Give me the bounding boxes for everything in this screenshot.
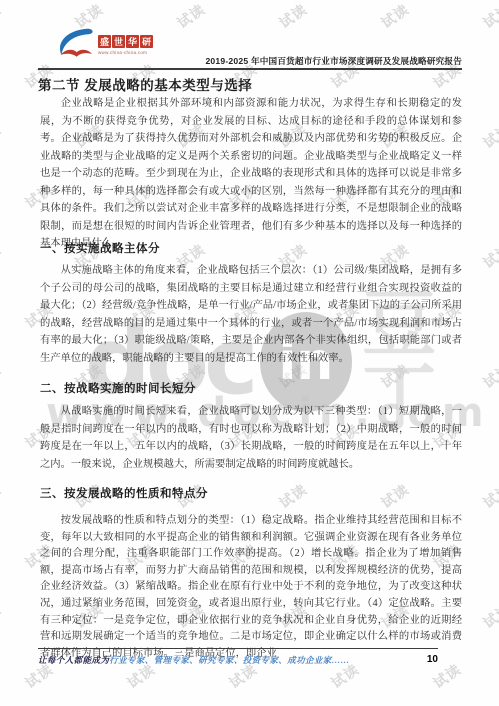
logo-url-text: www.china-china.com xyxy=(98,50,153,55)
footer-slogan: 让每个人都能成为行业专家、管理专家、研究专家、投资专家、成功企业家…… xyxy=(38,654,350,666)
company-logo: 盛 世 华 研 www.china-china.com xyxy=(54,27,153,63)
page-content: 盛 世 华 研 www.china-china.com 2019-2025 年中… xyxy=(0,0,499,706)
brand-char: 盛 xyxy=(98,35,111,48)
footer-divider xyxy=(38,648,438,649)
footer-slogan-links: 行业专家、管理专家、研究专家、投资专家、成功企业家…… xyxy=(109,655,349,665)
logo-swoosh-book-icon xyxy=(54,27,94,63)
subsection-heading-3: 三、按发展战略的性质和特点分 xyxy=(40,485,208,501)
header-divider xyxy=(38,68,462,70)
subsection-heading-2: 二、按战略实施的时间长短分 xyxy=(40,380,196,396)
report-page: 试读试读试读试读试读试读试读试读试读试读试读试读试读试读试读试读试读试读试读试读… xyxy=(0,0,499,706)
section-title: 第二节 发展战略的基本类型与选择 xyxy=(38,74,252,94)
report-title: 2019-2025 年中国百货超市行业市场深度调研及发展战略研究报告 xyxy=(205,55,462,67)
brand-char: 华 xyxy=(126,35,139,48)
subsection-body-1: 从实施战略主体的角度来看，企业战略包括三个层次：（1）公司级/集团战略，是拥有多… xyxy=(40,262,462,367)
subsection-body-3: 按发展战略的性质和特点划分的类型：（1）稳定战略。指企业维持其经营范围和目标不变… xyxy=(40,513,462,662)
page-number: 10 xyxy=(427,654,438,665)
footer-slogan-prefix: 让每个人都能成为 xyxy=(38,655,109,665)
brand-name: 盛 世 华 研 xyxy=(98,35,153,48)
subsection-body-2: 从战略实施的时间长短来看，企业战略可以划分成为以下三种类型：（1）短期战略，一般… xyxy=(40,403,462,473)
brand-char: 世 xyxy=(112,35,125,48)
intro-paragraph: 企业战略是企业根据其外部环境和内部资源和能力状况，为求得生存和长期稳定的发展，为… xyxy=(40,95,462,253)
page-footer: 让每个人都能成为行业专家、管理专家、研究专家、投资专家、成功企业家…… 10 xyxy=(38,654,438,666)
brand-char: 研 xyxy=(140,35,153,48)
subsection-heading-1: 一、按实施战略主体分 xyxy=(40,240,160,256)
logo-text: 盛 世 华 研 www.china-china.com xyxy=(98,35,153,55)
